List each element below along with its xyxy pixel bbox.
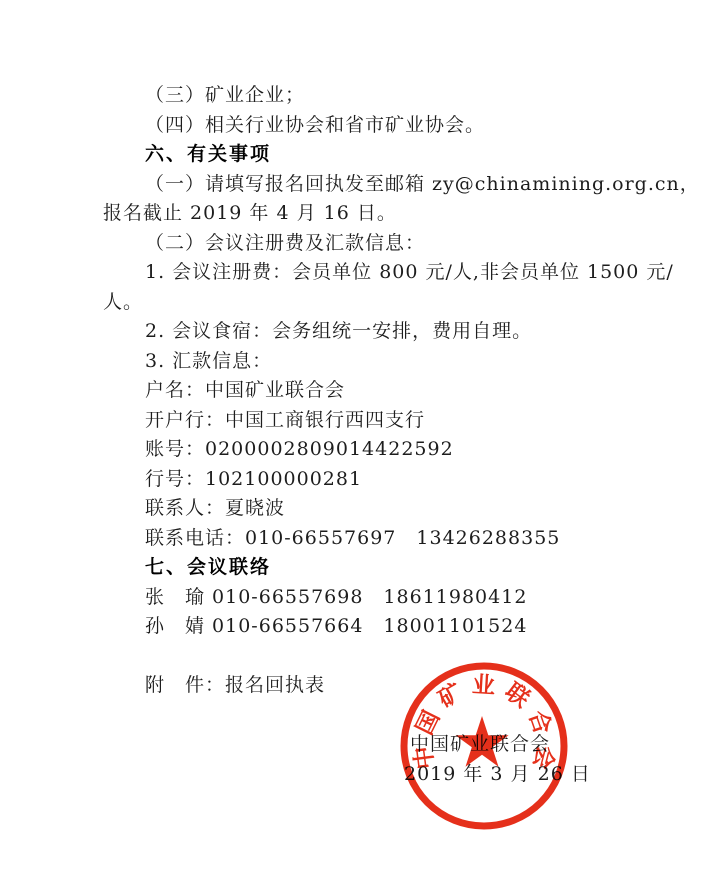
text-line — [103, 642, 683, 672]
text-line: 账号：0200002809014422592 — [103, 435, 683, 465]
text-line: 2. 会议食宿：会务组统一安排，费用自理。 — [103, 317, 683, 347]
text-line: 户名：中国矿业联合会 — [103, 376, 683, 406]
text-line: （四）相关行业协会和省市矿业协会。 — [103, 111, 683, 141]
text-line: 行号：102100000281 — [103, 465, 683, 495]
heading-line: 六、有关事项 — [103, 140, 683, 170]
text-line: （二）会议注册费及汇款信息： — [103, 229, 683, 259]
text-line: 人。 — [103, 288, 683, 318]
text-line: （三）矿业企业； — [103, 81, 683, 111]
text-line: 联系人：夏晓波 — [103, 494, 683, 524]
text-line: 3. 汇款信息： — [103, 347, 683, 377]
document-body: （三）矿业企业；（四）相关行业协会和省市矿业协会。六、有关事项（一）请填写报名回… — [103, 81, 683, 789]
text-line: 附 件：报名回执表 — [103, 671, 683, 701]
heading-line: 七、会议联络 — [103, 553, 683, 583]
text-line: 1. 会议注册费：会员单位 800 元/人,非会员单位 1500 元/ — [103, 258, 683, 288]
text-line: 中国矿业联合会 — [410, 730, 683, 760]
text-line: 联系电话：010-66557697 13426288355 — [103, 524, 683, 554]
text-line — [103, 701, 683, 731]
text-line: 2019 年 3 月 26 日 — [404, 760, 683, 790]
text-line: 报名截止 2019 年 4 月 16 日。 — [103, 199, 683, 229]
text-line: （一）请填写报名回执发至邮箱 zy@chinamining.org.cn， — [103, 170, 683, 200]
page: （三）矿业企业；（四）相关行业协会和省市矿业协会。六、有关事项（一）请填写报名回… — [0, 0, 724, 870]
text-line: 张 瑜 010-66557698 18611980412 — [103, 583, 683, 613]
text-line: 孙 婧 010-66557664 18001101524 — [103, 612, 683, 642]
text-line: 开户行：中国工商银行西四支行 — [103, 406, 683, 436]
